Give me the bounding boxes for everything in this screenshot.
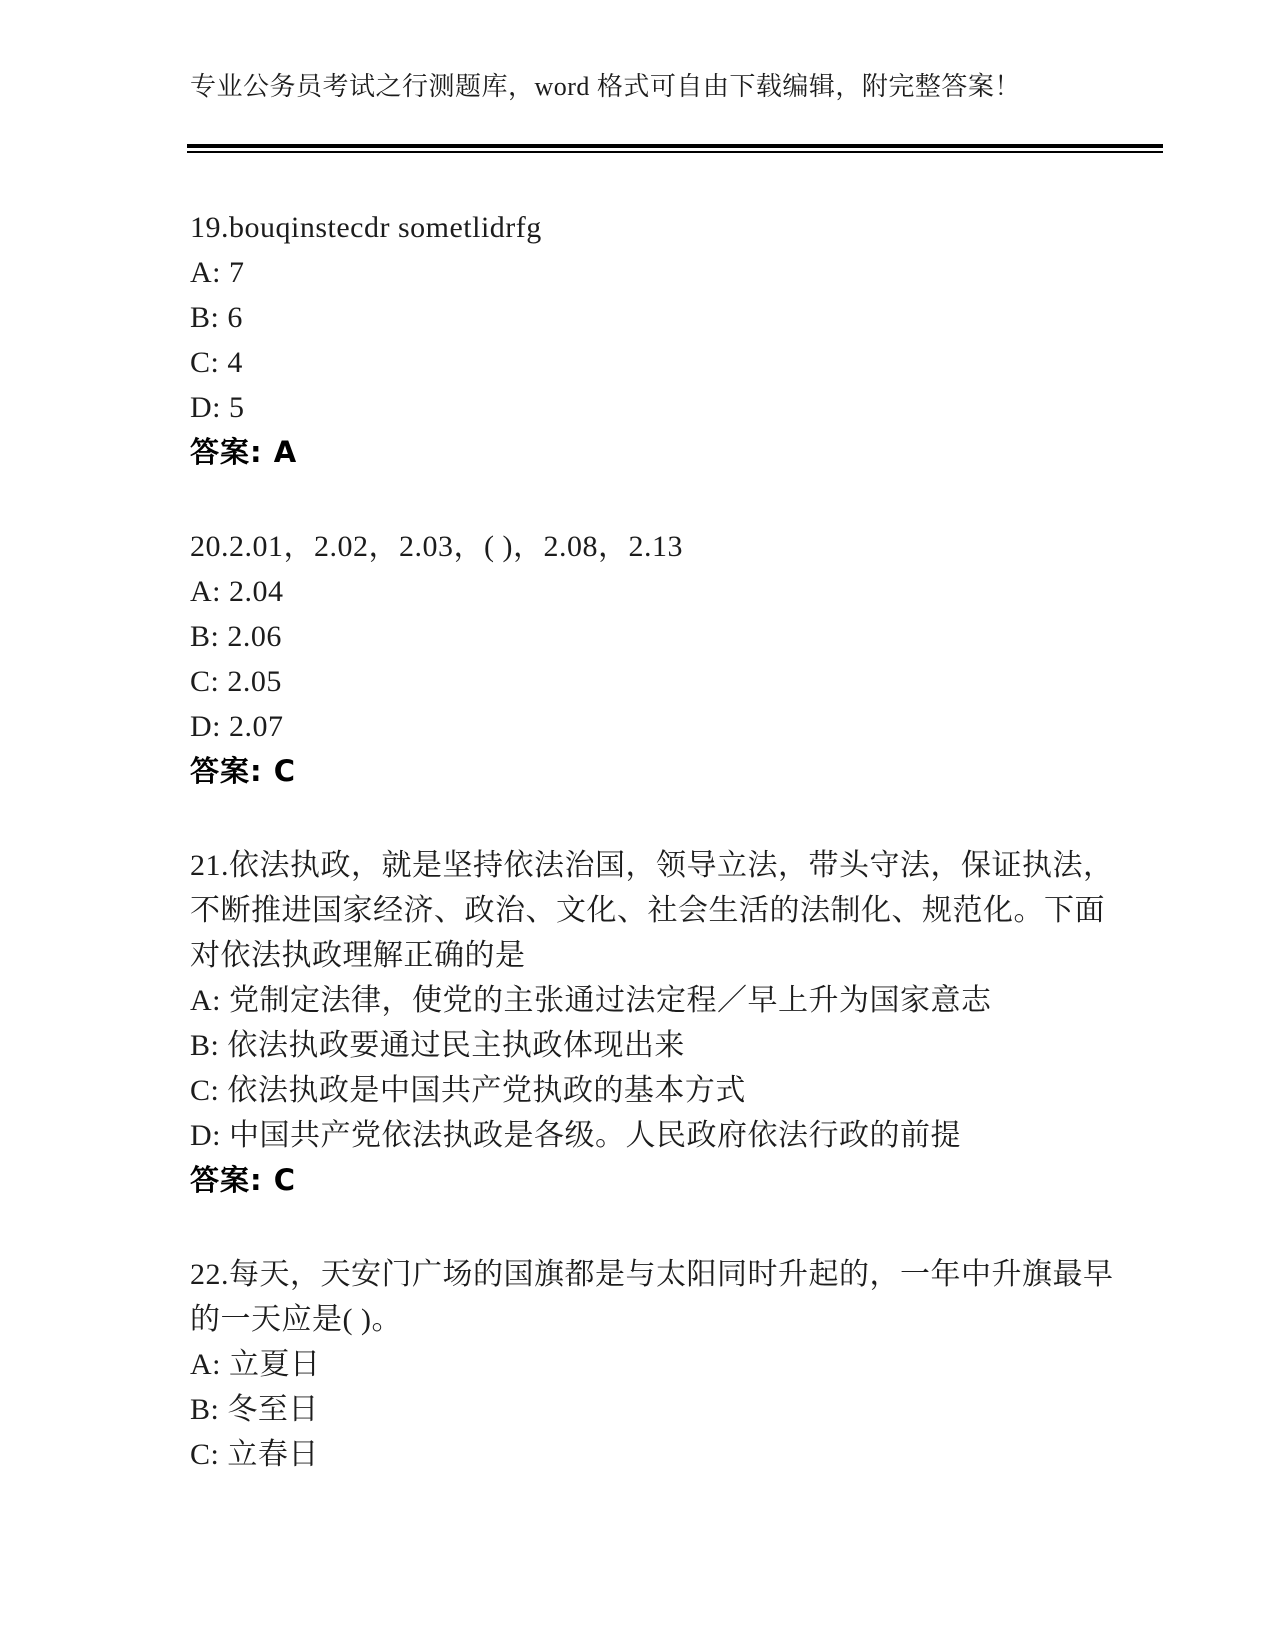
document-body: 19.bouqinstecdr sometlidrfg A: 7 B: 6 C:… xyxy=(190,205,1165,1477)
question-block-21: 21.依法执政，就是坚持依法治国，领导立法，带头守法，保证执法， 不断推进国家经… xyxy=(190,843,1165,1203)
answer-line: 答案: C xyxy=(190,1158,1165,1203)
question-block-20: 20.2.01，2.02，2.03，( )，2.08，2.13 A: 2.04 … xyxy=(190,524,1165,794)
option-a: A: 7 xyxy=(190,250,1165,295)
option-c: C: 4 xyxy=(190,340,1165,385)
question-text-line-3: 对依法执政理解正确的是 xyxy=(190,933,1165,978)
page-header-text: 专业公务员考试之行测题库，word 格式可自由下载编辑，附完整答案！ xyxy=(190,72,1165,102)
option-b: B: 2.06 xyxy=(190,614,1165,659)
option-d: D: 5 xyxy=(190,385,1165,430)
option-b: B: 6 xyxy=(190,295,1165,340)
question-text-line-1: 21.依法执政，就是坚持依法治国，领导立法，带头守法，保证执法， xyxy=(190,843,1165,888)
question-text-line-2: 不断推进国家经济、政治、文化、社会生活的法制化、规范化。下面 xyxy=(190,888,1165,933)
option-a: A: 党制定法律，使党的主张通过法定程／早上升为国家意志 xyxy=(190,978,1165,1023)
question-block-22: 22.每天，天安门广场的国旗都是与太阳同时升起的，一年中升旗最早 的一天应是( … xyxy=(190,1252,1165,1477)
option-a: A: 2.04 xyxy=(190,569,1165,614)
option-c: C: 依法执政是中国共产党执政的基本方式 xyxy=(190,1068,1165,1113)
option-a: A: 立夏日 xyxy=(190,1342,1165,1387)
answer-line: 答案: C xyxy=(190,749,1165,794)
question-block-19: 19.bouqinstecdr sometlidrfg A: 7 B: 6 C:… xyxy=(190,205,1165,475)
header-divider-rule xyxy=(187,144,1163,153)
question-text-line-1: 22.每天，天安门广场的国旗都是与太阳同时升起的，一年中升旗最早 xyxy=(190,1252,1165,1297)
document-page: 专业公务员考试之行测题库，word 格式可自由下载编辑，附完整答案！ 19.bo… xyxy=(0,0,1275,1650)
question-text: 20.2.01，2.02，2.03，( )，2.08，2.13 xyxy=(190,524,1165,569)
option-c: C: 立春日 xyxy=(190,1432,1165,1477)
option-c: C: 2.05 xyxy=(190,659,1165,704)
option-d: D: 中国共产党依法执政是各级。人民政府依法行政的前提 xyxy=(190,1113,1165,1158)
question-text-line-2: 的一天应是( )。 xyxy=(190,1297,1165,1342)
option-d: D: 2.07 xyxy=(190,704,1165,749)
answer-line: 答案: A xyxy=(190,430,1165,475)
option-b: B: 依法执政要通过民主执政体现出来 xyxy=(190,1023,1165,1068)
option-b: B: 冬至日 xyxy=(190,1387,1165,1432)
question-text: 19.bouqinstecdr sometlidrfg xyxy=(190,205,1165,250)
